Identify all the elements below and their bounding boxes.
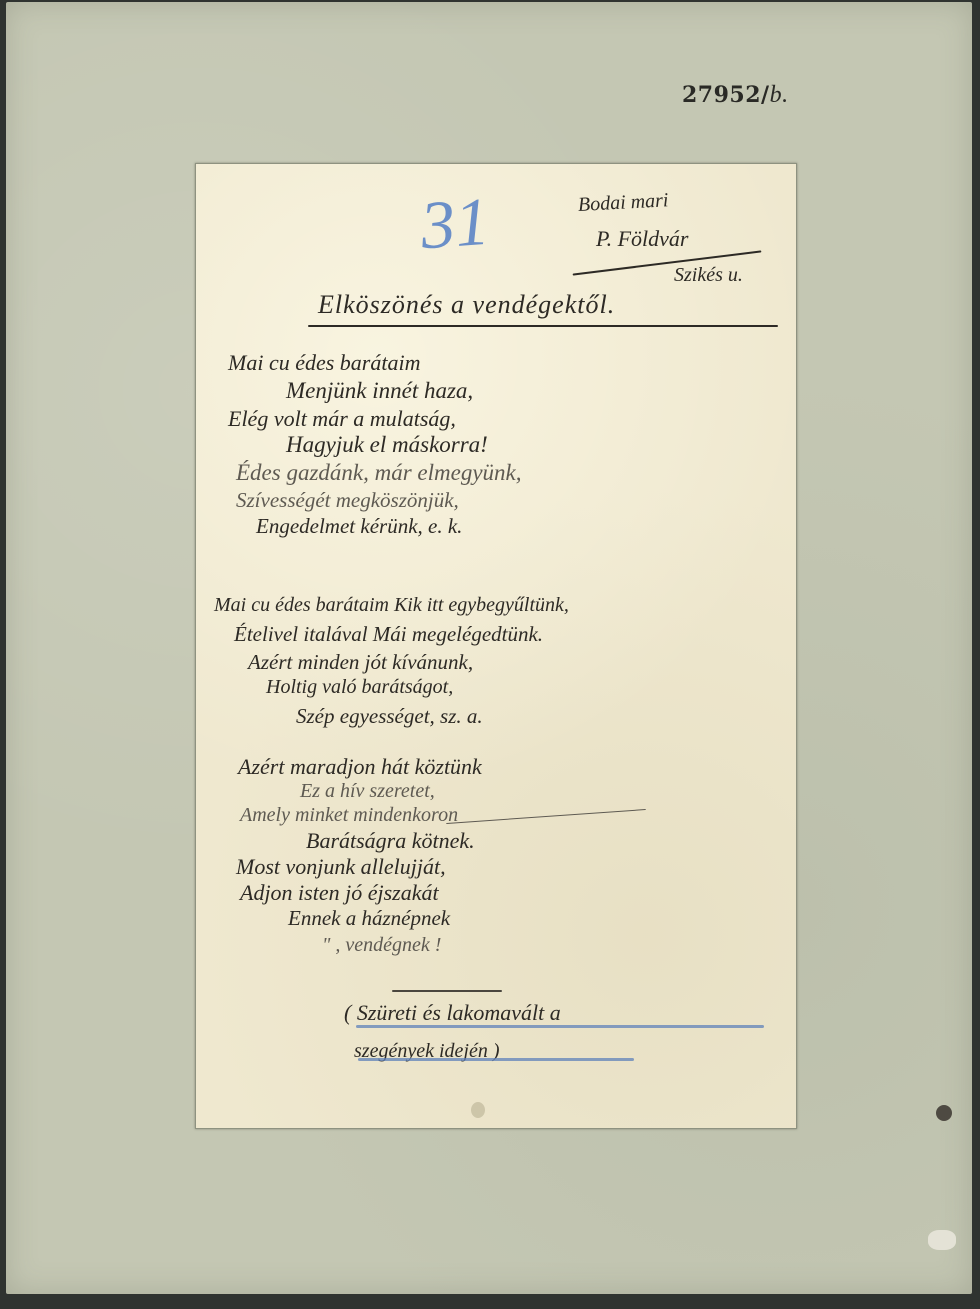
stanza-3-line-2: Ez a hív szeretet, xyxy=(300,780,435,803)
attribution-line-3: Szikés u. xyxy=(674,264,743,287)
stanza-1-line-1: Mai cu édes barátaim xyxy=(228,350,420,376)
stain-damage xyxy=(928,1230,956,1250)
poem-title: Elköszönés a vendégektől. xyxy=(318,290,615,320)
stanza-2-line-2: Ételivel italával Mái megelégedtünk. xyxy=(234,622,543,647)
attribution-line-2: P. Földvár xyxy=(596,226,688,252)
stanza-3-line-4: Barátságra kötnek. xyxy=(306,828,475,854)
stanza-3-line-8: " , vendégnek ! xyxy=(322,934,441,957)
catalog-number-suffix: b. xyxy=(770,82,789,108)
stanza-3-line-7: Ennek a háznépnek xyxy=(288,906,450,931)
blue-strikethrough-1 xyxy=(356,1025,764,1028)
attribution-line-1: Bodai mari xyxy=(577,189,669,217)
stanza-1-line-2: Menjünk innét haza, xyxy=(286,378,473,404)
stanza-2-line-4: Holtig való barátságot, xyxy=(266,676,453,699)
paper-spot xyxy=(471,1102,485,1118)
stanza-1-line-7: Engedelmet kérünk, e. k. xyxy=(256,514,462,539)
manuscript-sheet: 31 Bodai mari P. Földvár Szikés u. Elkös… xyxy=(195,163,797,1129)
catalog-number: 27952/b. xyxy=(682,82,789,109)
title-underline xyxy=(308,325,778,327)
page-number: 31 xyxy=(418,182,491,266)
stanza-3-line-3: Amely minket mindenkoron xyxy=(240,804,458,827)
note-top-rule xyxy=(392,990,502,992)
stanza-1-line-6: Szívességét megköszönjük, xyxy=(236,488,459,513)
stanza-3-line-3-strike xyxy=(446,809,646,824)
stanza-2-line-3: Azért minden jót kívánunk, xyxy=(248,650,473,675)
blue-strikethrough-2 xyxy=(358,1058,634,1061)
stanza-3-line-1: Azért maradjon hát köztünk xyxy=(238,754,482,780)
stanza-2-line-5: Szép egyességet, sz. a. xyxy=(296,704,483,729)
stanza-3-line-6: Adjon isten jó éjszakát xyxy=(240,880,439,906)
stanza-1-line-3: Elég volt már a mulatság, xyxy=(228,406,456,432)
stanza-2-line-1: Mai cu édes barátaim Kik itt egybegyűltü… xyxy=(214,594,569,617)
stanza-3-line-5: Most vonjunk allelujját, xyxy=(236,854,446,880)
mount-board: 27952/b. 31 Bodai mari P. Földvár Szikés… xyxy=(6,2,972,1294)
catalog-number-main: 27952/ xyxy=(682,82,770,108)
struck-note-line-1: ( Szüreti és lakomavált a xyxy=(344,1000,561,1026)
stanza-1-line-4: Hagyjuk el máskorra! xyxy=(286,432,488,458)
stain-dot xyxy=(936,1105,952,1121)
stanza-1-line-5: Édes gazdánk, már elmegyünk, xyxy=(236,460,522,486)
